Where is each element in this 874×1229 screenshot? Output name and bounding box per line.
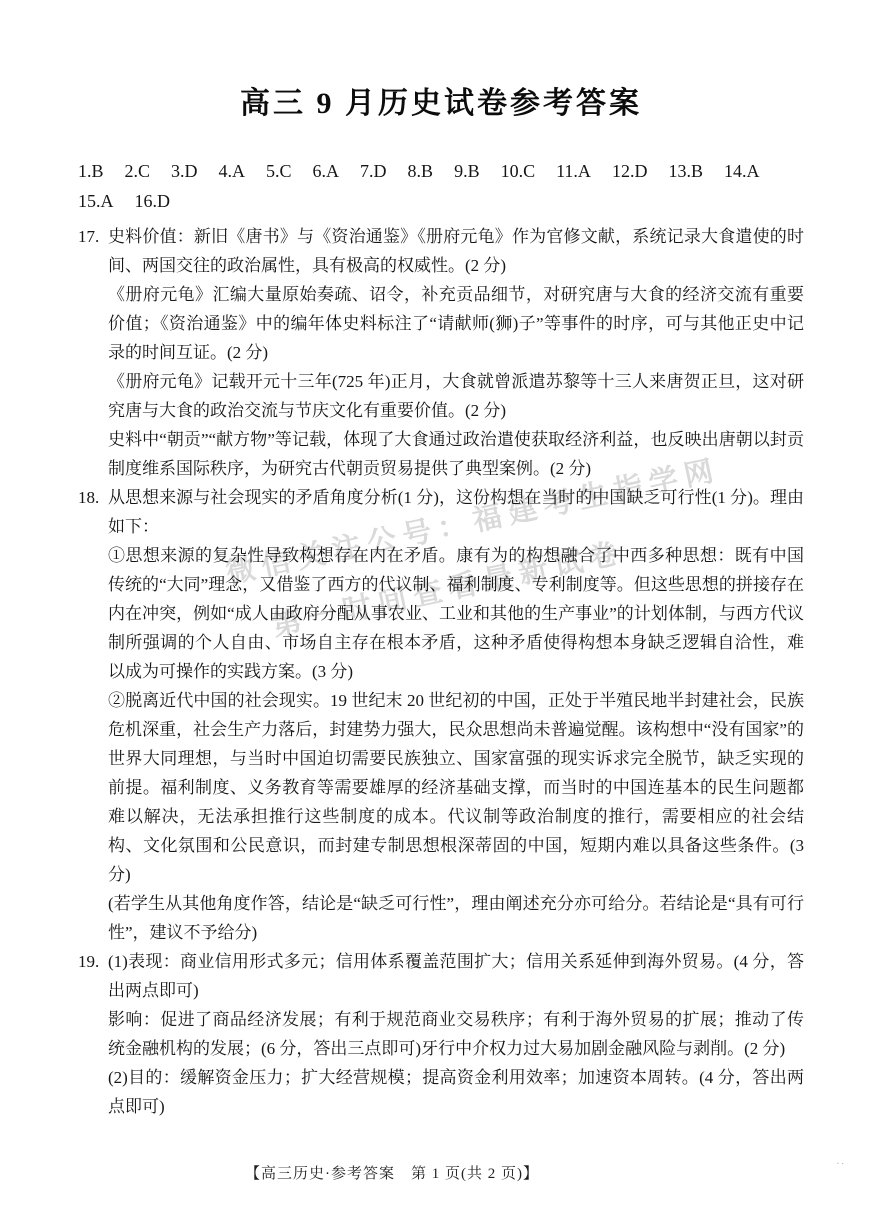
question-number: 19. (78, 947, 108, 1121)
answer-paragraph: 影响：促进了商品经济发展；有利于规范商业交易秩序；有利于海外贸易的扩展；推动了传… (108, 1005, 804, 1063)
scan-artifact: .. (837, 1155, 847, 1167)
answer-paragraph: 《册府元龟》记载开元十三年(725 年)正月，大食就曾派遣苏黎等十三人来唐贺正旦… (108, 367, 804, 425)
question-paragraphs: 史料价值：新旧《唐书》与《资治通鉴》《册府元龟》作为官修文献，系统记录大食遣使的… (108, 222, 804, 483)
question-19: 19.(1)表现：商业信用形式多元；信用体系覆盖范围扩大；信用关系延伸到海外贸易… (78, 947, 804, 1121)
choice-answer-7: 7.D (360, 156, 387, 186)
choice-answer-10: 10.C (501, 156, 536, 186)
choice-answer-15: 15.A (78, 186, 114, 216)
answer-paragraph: 史料中“朝贡”“献方物”等记载，体现了大食通过政治遣使获取经济利益，也反映出唐朝… (108, 425, 804, 483)
choice-answer-2: 2.C (125, 156, 151, 186)
page-footer: 【高三历史·参考答案 第 1 页(共 2 页)】 (0, 1162, 784, 1183)
answer-paragraph: (2)目的：缓解资金压力；扩大经营规模；提高资金利用效率；加速资本周转。(4 分… (108, 1063, 804, 1121)
question-paragraphs: 从思想来源与社会现实的矛盾角度分析(1 分)，这份构想在当时的中国缺乏可行性(1… (108, 483, 804, 947)
exam-answer-page: 微信关注公号：福建考生指学网 第一时间查看最新试卷 高三 9 月历史试卷参考答案… (0, 0, 874, 1229)
choice-answer-4: 4.A (219, 156, 246, 186)
answer-paragraph: 从思想来源与社会现实的矛盾角度分析(1 分)，这份构想在当时的中国缺乏可行性(1… (108, 483, 804, 541)
choice-answer-5: 5.C (266, 156, 292, 186)
choice-answer-16: 16.D (135, 186, 171, 216)
question-18: 18.从思想来源与社会现实的矛盾角度分析(1 分)，这份构想在当时的中国缺乏可行… (78, 483, 804, 947)
choice-answers-section: 1.B2.C3.D4.A5.C6.A7.D8.B9.B10.C11.A12.D1… (78, 156, 804, 216)
choice-answer-9: 9.B (454, 156, 480, 186)
choice-answers-line-1: 1.B2.C3.D4.A5.C6.A7.D8.B9.B10.C11.A12.D1… (78, 156, 804, 186)
choice-answer-13: 13.B (668, 156, 703, 186)
choice-answers-line-2: 15.A16.D (78, 186, 804, 216)
page-title: 高三 9 月历史试卷参考答案 (78, 78, 804, 122)
choice-answer-12: 12.D (612, 156, 648, 186)
choice-answer-6: 6.A (313, 156, 340, 186)
choice-answer-8: 8.B (408, 156, 434, 186)
answer-paragraph: (1)表现：商业信用形式多元；信用体系覆盖范围扩大；信用关系延伸到海外贸易。(4… (108, 947, 804, 1005)
free-response-answers: 17.史料价值：新旧《唐书》与《资治通鉴》《册府元龟》作为官修文献，系统记录大食… (78, 222, 804, 1121)
answer-paragraph: 史料价值：新旧《唐书》与《资治通鉴》《册府元龟》作为官修文献，系统记录大食遣使的… (108, 222, 804, 280)
answer-paragraph: 《册府元龟》汇编大量原始奏疏、诏令，补充贡品细节，对研究唐与大食的经济交流有重要… (108, 280, 804, 367)
question-number: 17. (78, 222, 108, 483)
choice-answer-1: 1.B (78, 156, 104, 186)
choice-answer-3: 3.D (171, 156, 198, 186)
choice-answer-14: 14.A (724, 156, 760, 186)
answer-paragraph: ①思想来源的复杂性导致构想存在内在矛盾。康有为的构想融合了中西多种思想：既有中国… (108, 541, 804, 686)
answer-paragraph: ②脱离近代中国的社会现实。19 世纪末 20 世纪初的中国，正处于半殖民地半封建… (108, 686, 804, 889)
question-17: 17.史料价值：新旧《唐书》与《资治通鉴》《册府元龟》作为官修文献，系统记录大食… (78, 222, 804, 483)
answer-paragraph: (若学生从其他角度作答，结论是“缺乏可行性”，理由阐述充分亦可给分。若结论是“具… (108, 889, 804, 947)
question-paragraphs: (1)表现：商业信用形式多元；信用体系覆盖范围扩大；信用关系延伸到海外贸易。(4… (108, 947, 804, 1121)
question-number: 18. (78, 483, 108, 947)
choice-answer-11: 11.A (556, 156, 591, 186)
